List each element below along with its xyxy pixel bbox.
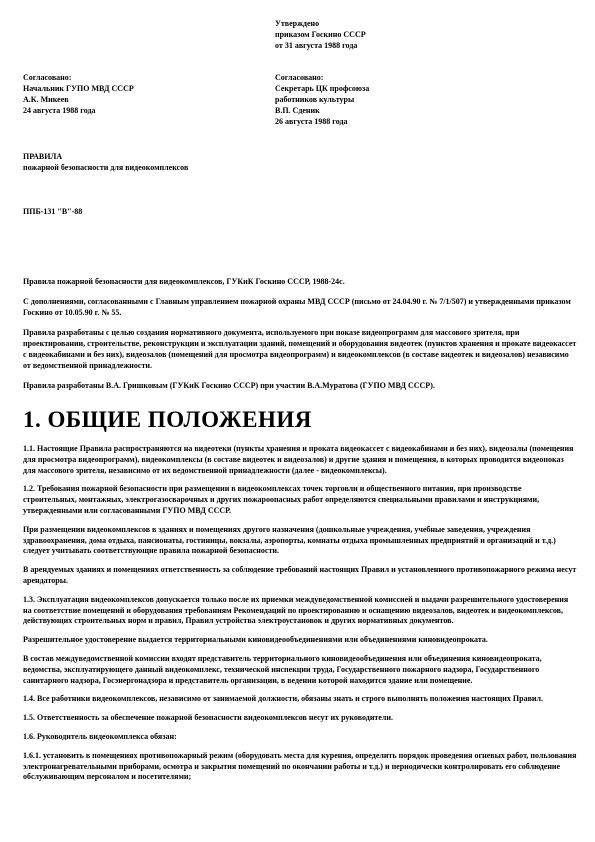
agreement-line: Секретарь ЦК профсоюза (275, 83, 577, 94)
agreement-line: А.К. Микеев (23, 94, 275, 105)
agreement-line: Согласовано: (275, 72, 577, 83)
clause-1-6: 1.6. Руководитель видеокомплекса обязан: (23, 732, 577, 743)
agreement-line: 24 августа 1988 года (23, 105, 275, 116)
document-code: ППБ-131 "В"-88 (23, 206, 577, 217)
agreement-line: Согласовано: (23, 72, 275, 83)
agreement-line: 26 августа 1988 года (275, 116, 577, 127)
agreement-line: В.П. Сденик (275, 105, 577, 116)
agreement-block-right: Согласовано: Секретарь ЦК профсоюза рабо… (275, 72, 577, 127)
approval-line: от 31 августа 1988 года (275, 40, 577, 51)
clause-1-6-1: 1.6.1. установить в помещениях противопо… (23, 751, 577, 783)
approval-block: Утверждено приказом Госкино СССР от 31 а… (275, 18, 577, 51)
document-title: ПРАВИЛА пожарной безопасности для видеок… (23, 151, 577, 173)
agreement-row: Согласовано: Начальник ГУПО МВД СССР А.К… (23, 72, 577, 127)
agreement-block-left: Согласовано: Начальник ГУПО МВД СССР А.К… (23, 72, 275, 127)
intro-paragraph: С дополнениями, согласованными с Главным… (23, 296, 577, 318)
paragraph: При размещении видеокомплексов в зданиях… (23, 525, 577, 557)
paragraph: В состав междуведомственной комиссии вхо… (23, 654, 577, 686)
clause-1-4: 1.4. Все работники видеокомплексов, неза… (23, 694, 577, 705)
intro-paragraph: Правила разработаны В.А. Гришковым (ГУКи… (23, 380, 577, 391)
section-heading: 1. ОБЩИЕ ПОЛОЖЕНИЯ (23, 408, 577, 432)
clause-1-2: 1.2. Требования пожарной безопасности пр… (23, 484, 577, 516)
paragraph: В арендуемых зданиях и помещениях ответс… (23, 565, 577, 587)
intro-paragraph: Правила пожарной безопасности для видеок… (23, 276, 577, 287)
approval-line: Утверждено (275, 18, 577, 29)
document-page: Утверждено приказом Госкино СССР от 31 а… (0, 0, 595, 842)
clause-1-1: 1.1. Настоящие Правила распространяются … (23, 444, 577, 476)
paragraph: Разрешительное удостоверение выдается те… (23, 635, 577, 646)
clause-1-3: 1.3. Эксплуатация видеокомплексов допуск… (23, 595, 577, 627)
agreement-line: работников культуры (275, 94, 577, 105)
intro-paragraph: Правила разработаны с целью создания нор… (23, 327, 577, 371)
agreement-line: Начальник ГУПО МВД СССР (23, 83, 275, 94)
clause-1-5: 1.5. Ответственность за обеспечение пожа… (23, 713, 577, 724)
title-line-2: пожарной безопасности для видеокомплексо… (23, 162, 577, 173)
approval-line: приказом Госкино СССР (275, 29, 577, 40)
title-line-1: ПРАВИЛА (23, 151, 577, 162)
